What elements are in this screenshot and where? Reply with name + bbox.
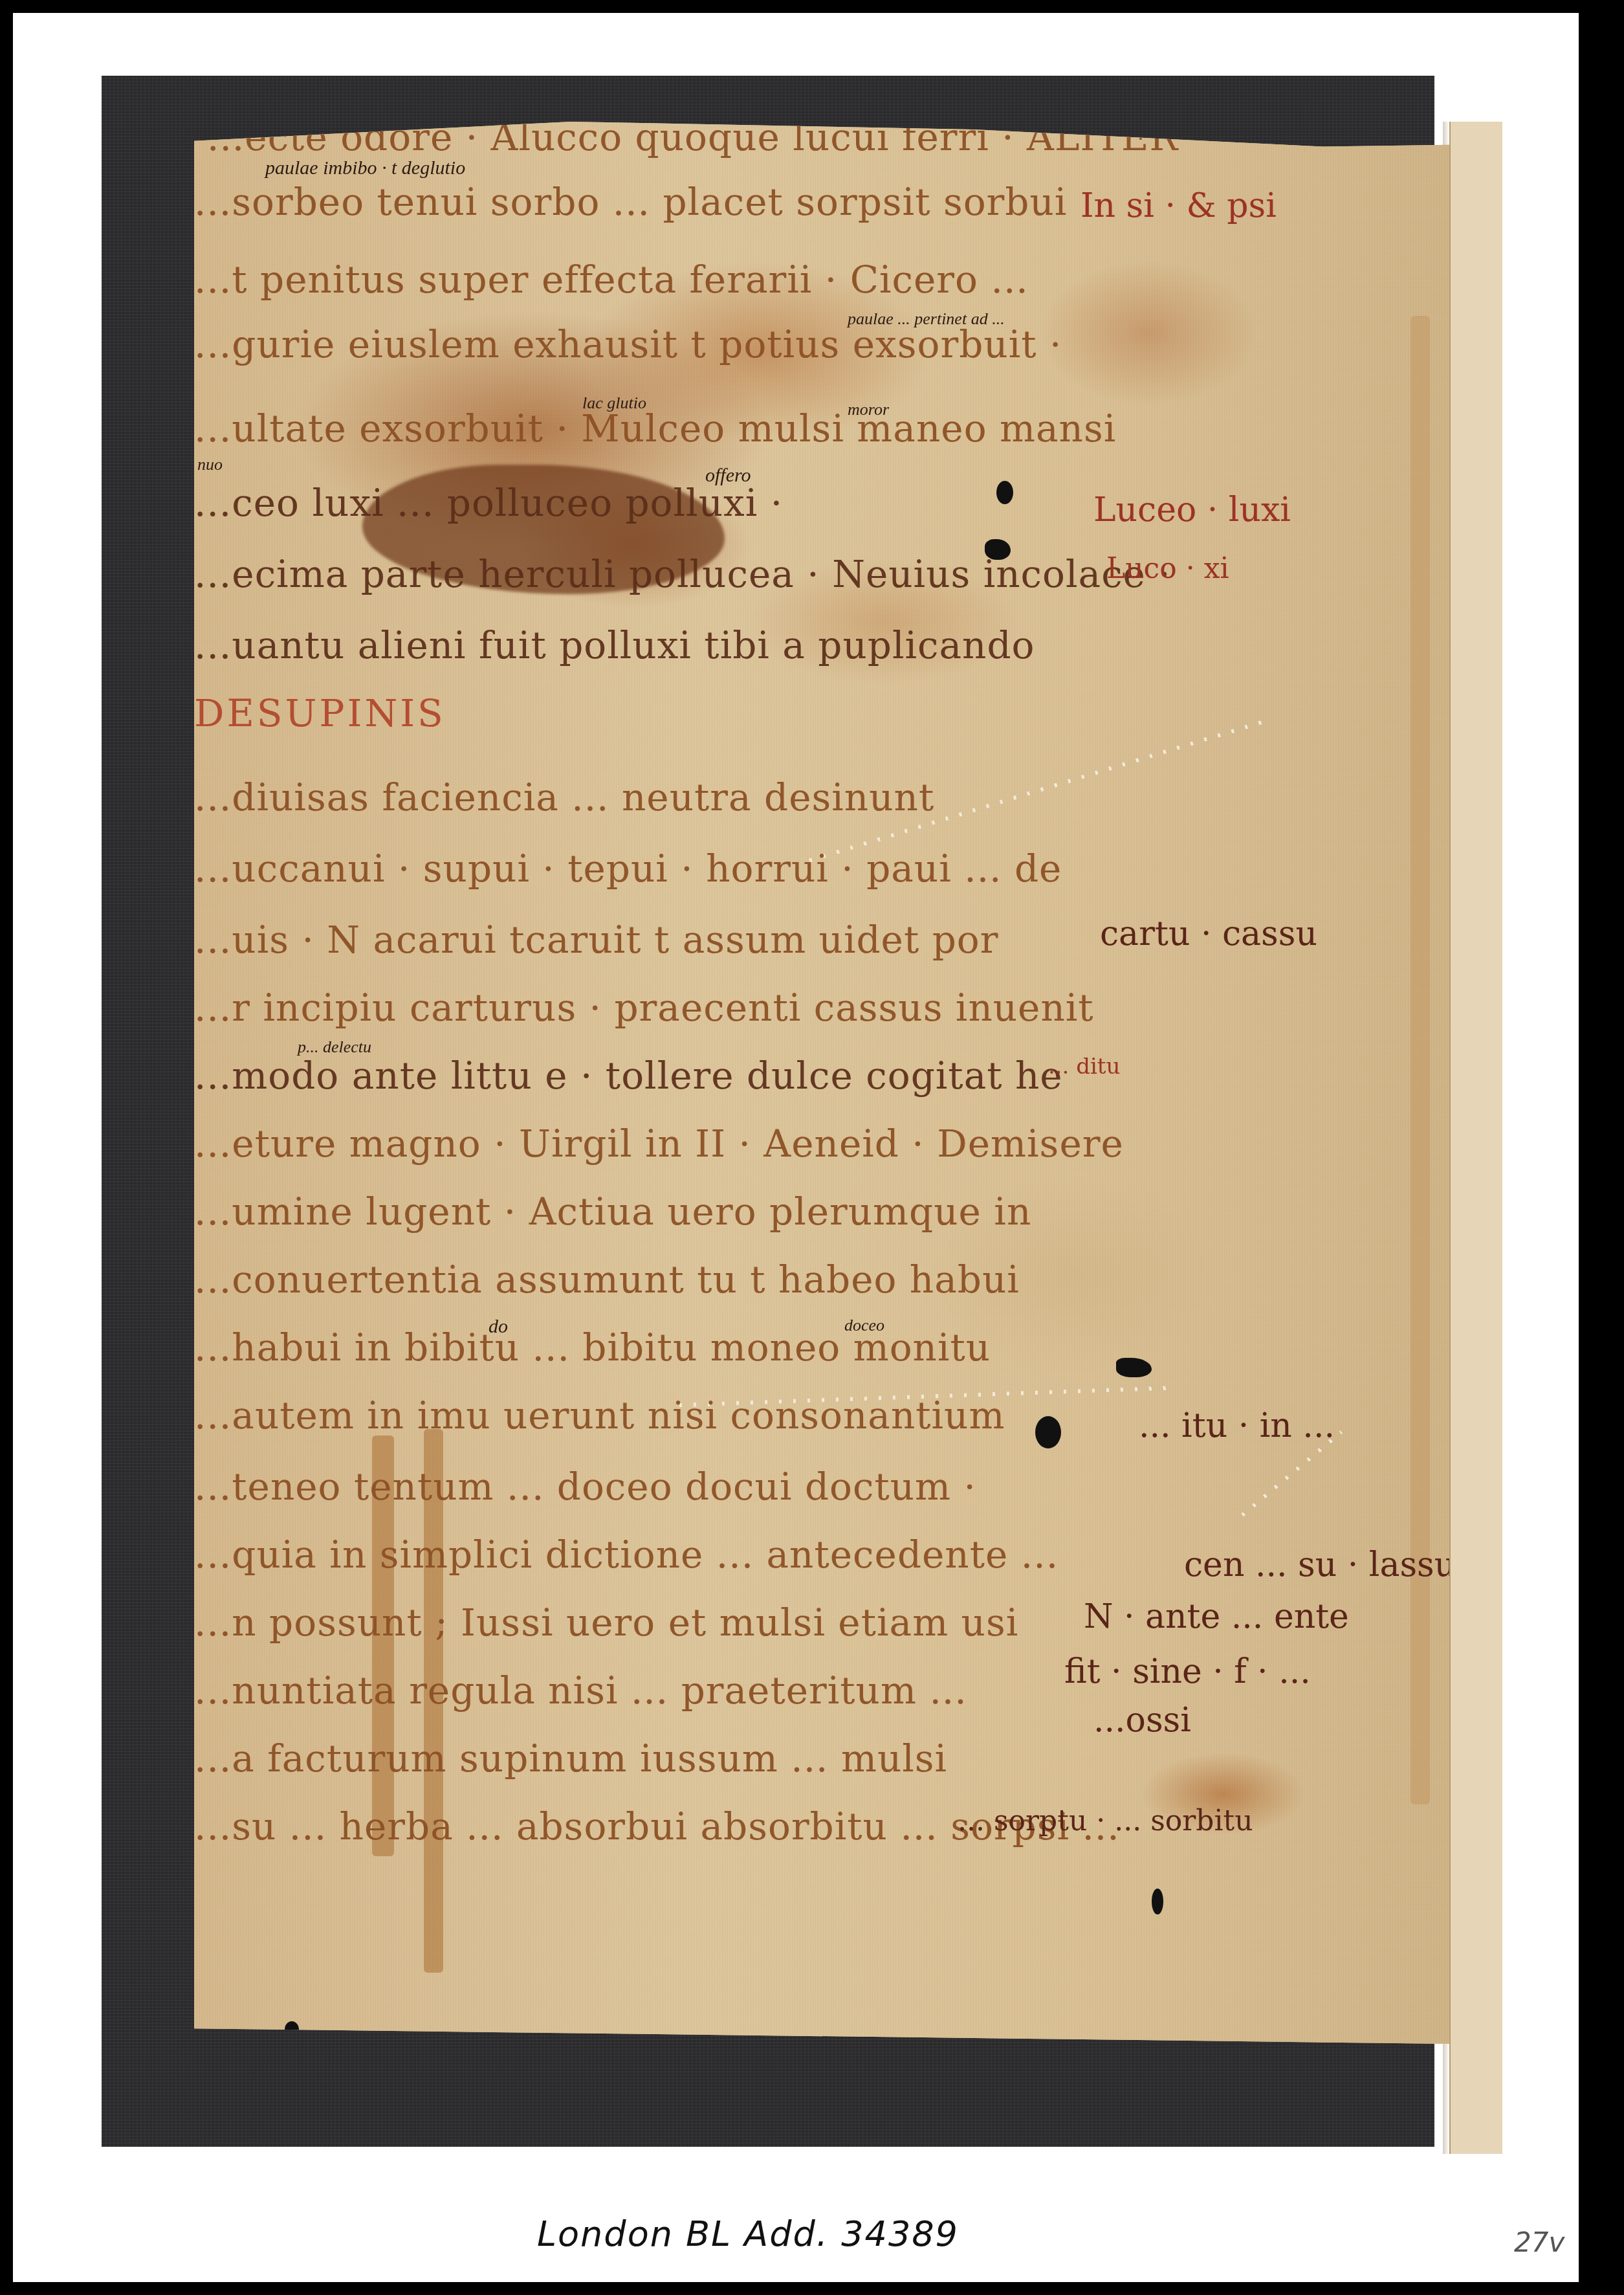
text-line: ...umine lugent · Actiua uero plerumque …: [194, 1190, 1031, 1234]
interlinear-gloss: p... delectu: [298, 1037, 371, 1057]
interlinear-gloss: offero: [705, 465, 751, 487]
interlinear-gloss: paulae ... pertinet ad ...: [848, 309, 1005, 329]
interlinear-gloss: paulae imbibo · t deglutio: [265, 157, 465, 179]
text-line: DESUPINIS: [194, 691, 446, 735]
text-line: ...uccanui · supui · tepui · horrui · pa…: [194, 847, 1062, 891]
margin-note: ... sorptu · ... sorbitu: [958, 1804, 1253, 1837]
manuscript-leaf: ...ecte odore · Alucco quoque lucui ferr…: [194, 122, 1449, 2044]
interlinear-gloss: moror: [848, 400, 889, 419]
interlinear-gloss: lac glutio: [582, 394, 646, 413]
wormhole: [1116, 1358, 1152, 1377]
text-line: ...uantu alieni fuit polluxi tibi a pupl…: [194, 623, 1035, 667]
text-line: ...r incipiu carturus · praecenti cassus…: [194, 986, 1094, 1030]
text-line: ...a facturum supinum iussum ... mulsi: [194, 1736, 947, 1780]
text-line: ...ecima parte herculi pollucea · Neuius…: [194, 552, 1171, 596]
shelfmark-caption: London BL Add. 34389: [537, 2213, 959, 2254]
margin-note: In si · & psi: [1081, 186, 1277, 225]
margin-note: ... itu · in ...: [1139, 1406, 1335, 1445]
text-line: ...ultate exsorbuit · Mulceo mulsi maneo…: [194, 406, 1116, 450]
binding-guard-strip: [1449, 122, 1502, 2154]
text-line: ...diuisas faciencia ... neutra desinunt: [194, 775, 934, 819]
text-line: ...n possunt ; Iussi uero et mulsi etiam…: [194, 1601, 1018, 1645]
interlinear-gloss: do: [488, 1316, 508, 1338]
margin-note: ...ossi: [1093, 1701, 1191, 1740]
folio-number: 27v: [1514, 2226, 1564, 2258]
text-line: ...teneo tentum ... doceo docui doctum ·: [194, 1465, 976, 1509]
margin-note: N · ante ... ente: [1084, 1597, 1349, 1636]
wormhole: [996, 481, 1013, 504]
text-line: ...nuntiata regula nisi ... praeteritum …: [194, 1669, 967, 1713]
margin-note: cen ... su · lassu: [1184, 1546, 1456, 1584]
margin-note: Luceo · luxi: [1093, 491, 1291, 529]
text-line: ...modo ante littu e · tollere dulce cog…: [194, 1054, 1063, 1098]
text-line: ...sorbeo tenui sorbo ... placet sorpsit…: [194, 180, 1067, 224]
text-line: ...t penitus super effecta ferarii · Cic…: [194, 258, 1029, 302]
margin-note: cartu · cassu: [1100, 915, 1317, 953]
margin-note: ... ditu: [1048, 1054, 1120, 1080]
text-line: ...uis · N acarui tcaruit t assum uidet …: [194, 918, 998, 962]
text-line: ...ceo luxi ... polluceo polluxi ·: [194, 481, 783, 525]
wormhole: [1035, 1416, 1061, 1448]
text-line: ...gurie eiuslem exhausit t potius exsor…: [194, 322, 1062, 366]
rubric-heading: DESUPINIS: [194, 691, 446, 735]
text-line: ...autem in imu uerunt nisi consonantium: [194, 1393, 1005, 1437]
margin-note: Luco · xi: [1106, 552, 1229, 585]
interlinear-gloss: doceo: [844, 1316, 884, 1335]
interlinear-gloss: nuo: [197, 455, 223, 474]
text-line: ...eture magno · Uirgil in II · Aeneid ·…: [194, 1122, 1124, 1166]
wormhole: [1152, 1889, 1163, 1914]
margin-note: fit · sine · f · ...: [1064, 1652, 1311, 1691]
text-line: ...quia in simplici dictione ... anteced…: [194, 1533, 1059, 1577]
text-line: ...conuertentia assumunt tu t habeo habu…: [194, 1258, 1020, 1302]
